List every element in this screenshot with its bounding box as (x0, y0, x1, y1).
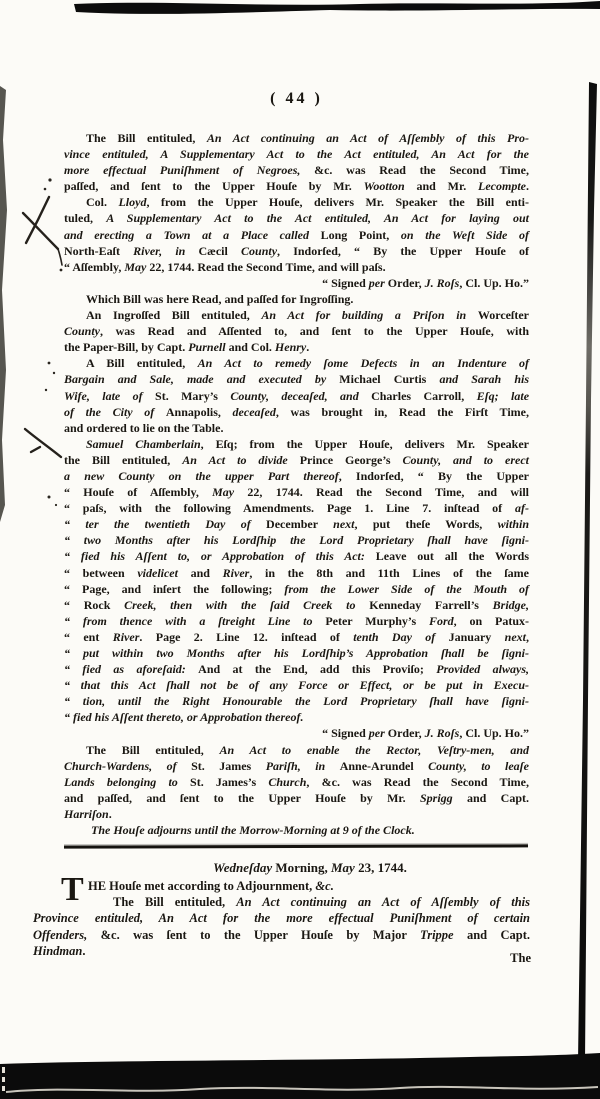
text-segment: and Mr. (405, 179, 478, 193)
text-line: “ Signed per Order, J. Roſs, Cl. Up. Ho.… (64, 275, 529, 291)
text-segment: and ordered to lie on the Table. (64, 421, 223, 435)
text-segment: Pariſh, in (266, 759, 340, 773)
text-segment: and erecting a Town at a Place called (64, 228, 321, 242)
text-line: Offenders, &c. was ſent to the Upper Hou… (33, 927, 530, 943)
text-line: “ Aſſembly, May 22, 1744. Read the Secon… (64, 259, 529, 275)
text-line: The Bill entituled, An Act continuing an… (33, 894, 530, 910)
text-line: “ fied as aforeſaid: And at the End, add… (64, 661, 529, 677)
text-segment: County, deceaſed, and (230, 389, 371, 403)
text-line: HE Houſe met according to Adjournment, &… (33, 878, 530, 894)
text-segment: May (212, 485, 234, 499)
ink-mark-dots (44, 178, 63, 506)
text-segment: River, in (133, 244, 198, 258)
text-line: Samuel Chamberlain, Eſq; from the Upper … (64, 436, 529, 452)
text-segment: “ Signed (322, 726, 369, 740)
left-edge-strip (0, 86, 7, 522)
text-line: Bargain and Sale, made and executed by M… (64, 371, 529, 387)
text-segment: Peter Murphy’s (325, 614, 429, 628)
journal-entries-section: The Bill entituled, An Act continuing an… (64, 130, 529, 838)
text-segment: &c. (315, 879, 333, 893)
text-segment: next (505, 630, 526, 644)
text-segment: , Indorſed, “ By the Upper (339, 469, 529, 483)
text-segment: Wife, late of (64, 389, 155, 403)
text-segment: Samuel Chamberlain (86, 437, 201, 451)
text-segment: “ put within two Months after his Lordſh… (64, 646, 529, 660)
text-line: Harriſon. (64, 806, 529, 822)
text-line: and paſſed, and ſent to the Upper Houſe … (64, 790, 529, 806)
text-segment: . (306, 340, 309, 354)
text-segment: and Sarah his (439, 372, 529, 386)
text-line: The Houſe adjourns until the Morrow-Morn… (64, 822, 529, 838)
text-line: “ fied his Aſſent to, or Approbation of … (64, 548, 529, 564)
text-segment: Col. (86, 195, 118, 209)
text-segment: “ between (64, 566, 137, 580)
text-segment: Ford (429, 614, 454, 628)
text-line: North-Eaſt River, in Cæcil County, Indor… (64, 243, 529, 259)
ink-mark-arrow (25, 429, 61, 457)
text-segment: , Cl. Up. Ho.” (459, 726, 529, 740)
text-segment: Leave out all the Words (376, 549, 529, 563)
text-line: a new County on the upper Part thereof, … (64, 468, 529, 484)
catchword: The (510, 951, 531, 966)
text-line: and erecting a Town at a Place called Lo… (64, 227, 529, 243)
text-segment: “ fied his Aſſent thereto, or Approbatio… (64, 710, 303, 724)
text-segment: County, and to erect (403, 453, 529, 467)
text-segment: within (498, 517, 529, 531)
text-segment: per (369, 276, 385, 290)
text-segment: A Supplementary Act to the Act entituled… (106, 211, 529, 225)
text-segment: , &c. was Read the Second Time, (306, 775, 529, 789)
ink-mark-cross (23, 197, 62, 265)
text-segment: Purnell (188, 340, 225, 354)
text-segment: tenth Day of (353, 630, 448, 644)
text-segment: 22, 1744. Read the Second Time, and will (234, 485, 529, 499)
text-line: County, was Read and Aſſented to, and ſe… (64, 323, 529, 339)
text-segment: per (369, 726, 385, 740)
text-segment: , (526, 630, 529, 644)
text-segment: Annapolis, (166, 405, 233, 419)
bottom-band-white-line (6, 1087, 598, 1092)
text-segment: Offenders, (33, 928, 101, 942)
text-segment: , put theſe Words, (354, 517, 497, 531)
text-segment: J. Roſs (425, 726, 460, 740)
text-line: vince entituled, A Supplementary Act to … (64, 146, 529, 162)
text-line: “ between videlicet and River, in the 8t… (64, 565, 529, 581)
text-segment: Worceſter (478, 308, 529, 322)
text-segment: Anne-Arundel (340, 759, 428, 773)
text-segment: An Act to divide (182, 453, 299, 467)
text-line: Wedneſday Morning, May 23, 1744. (80, 860, 540, 876)
text-segment: Lecompte (478, 179, 526, 193)
text-line: “ tion, until the Right Honourable the L… (64, 693, 529, 709)
text-segment: and Capt. (454, 928, 530, 942)
text-line: “ that this Act ſhall not be of any Forc… (64, 677, 529, 693)
text-segment: Long Point, (321, 228, 401, 242)
text-segment: , Cl. Up. Ho.” (459, 276, 529, 290)
text-line: “ Houſe of Aſſembly, May 22, 1744. Read … (64, 484, 529, 500)
text-segment: Sprigg (420, 791, 453, 805)
text-segment: and Col. (226, 340, 275, 354)
text-segment: 22, 1744. Read the Second Time, and will… (146, 260, 385, 274)
text-segment: “ Rock (64, 598, 124, 612)
text-segment: Henry (275, 340, 306, 354)
text-line: Church-Wardens, of St. James Pariſh, in … (64, 758, 529, 774)
text-segment: Charles Carroll, (371, 389, 477, 403)
text-segment: . (82, 944, 85, 958)
text-segment: The Bill entituled, (86, 131, 207, 145)
text-segment: An Act for building a Priſon in (261, 308, 477, 322)
text-line: The Bill entituled, An Act continuing an… (64, 130, 529, 146)
right-scan-bar (578, 82, 597, 1062)
text-segment: Michael Curtis (339, 372, 439, 386)
text-segment: , from the Upper Houſe, delivers Mr. Spe… (146, 195, 529, 209)
text-segment: J. Roſs (425, 276, 460, 290)
text-segment: , Indorſed, “ By the Upper Houſe of (277, 244, 529, 258)
text-segment: . (109, 807, 112, 821)
text-line: of the City of Annapolis, deceaſed, was … (64, 404, 529, 420)
text-line: “ from thence with a ſtreight Line to Pe… (64, 613, 529, 629)
text-segment: “ fied as aforeſaid: (64, 662, 198, 676)
text-segment: Which Bill was here Read, and paſſed for… (86, 292, 353, 306)
text-segment: vince entituled, A Supplementary Act to … (64, 147, 529, 161)
text-segment: Province entituled, An Act for the more … (33, 911, 530, 925)
text-segment: Provided always, (436, 662, 529, 676)
text-segment: Order, (385, 276, 425, 290)
text-line: “ two Months after his Lordſhip the Lord… (64, 532, 529, 548)
text-segment: videlicet (137, 566, 178, 580)
text-segment: and paſſed, and ſent to the Upper Houſe … (64, 791, 420, 805)
text-segment: the Bill entituled, (64, 453, 182, 467)
bottom-left-ticks (2, 1067, 5, 1091)
text-segment: Prince George’s (300, 453, 403, 467)
text-segment: “ tion, until the Right Honourable the L… (64, 694, 529, 708)
section-divider-rule (64, 844, 528, 848)
text-segment: af- (515, 501, 529, 515)
text-segment: Order, (385, 726, 425, 740)
text-segment: And at the End, add this Proviſo; (198, 662, 436, 676)
text-segment: St. James’s (190, 775, 268, 789)
text-segment: “ fied his Aſſent to, or Approbation of … (64, 549, 376, 563)
text-segment: An Act to enable the Rector, Veſtry-men,… (219, 743, 529, 757)
text-line: paſſed, and ſent to the Upper Houſe by M… (64, 178, 529, 194)
text-segment: St. Mary’s (155, 389, 230, 403)
text-segment: County, to leaſe (428, 759, 529, 773)
text-segment: “ Aſſembly, (64, 260, 124, 274)
text-segment: . (526, 179, 529, 193)
text-line: Lands belonging to St. James’s Church, &… (64, 774, 529, 790)
text-line: “ Page, and inſert the following; from t… (64, 581, 529, 597)
text-segment: River (223, 566, 250, 580)
text-segment: more effectual Puniſhment of Negroes, (64, 163, 314, 177)
text-segment: County (241, 244, 277, 258)
text-segment: River (113, 630, 140, 644)
text-segment: The Houſe adjourns until the Morrow-Morn… (91, 823, 415, 837)
text-segment: 23, 1744. (358, 860, 407, 875)
text-segment: An Act continuing an Act of Aſſembly of … (207, 131, 529, 145)
text-segment: An Act to remedy ſome Defects in an Inde… (198, 356, 529, 370)
text-line: “ paſs, with the following Amendments. P… (64, 500, 529, 516)
text-segment: , Eſq; from the Upper Houſe, delivers Mr… (201, 437, 529, 451)
text-segment: “ from thence with a ſtreight Line to (64, 614, 325, 628)
text-line: “ ter the twentieth Day of December next… (64, 516, 529, 532)
text-line: tuled, A Supplementary Act to the Act en… (64, 210, 529, 226)
text-segment: Lloyd (118, 195, 146, 209)
drop-cap-letter: T (61, 875, 84, 905)
text-segment: May (331, 860, 358, 875)
text-segment: . Page 2. Line 12. inſtead of (139, 630, 353, 644)
text-segment: , was brought in, Read the Firſt Time, (276, 405, 529, 419)
text-line: “ Rock Creek, then with the ſaid Creek t… (64, 597, 529, 613)
text-segment: Cæcil (199, 244, 242, 258)
text-segment: St. James (191, 759, 266, 773)
text-segment: A Bill entituled, (86, 356, 198, 370)
top-scan-bar (74, 1, 600, 14)
text-segment: from the Lower Side of the Mouth of (284, 582, 529, 596)
text-line: “ put within two Months after his Lordſh… (64, 645, 529, 661)
text-segment: “ two Months after his Lordſhip the Lord… (64, 533, 529, 547)
text-segment: Harriſon (64, 807, 109, 821)
text-line: the Bill entituled, An Act to divide Pri… (64, 452, 529, 468)
text-line: and ordered to lie on the Table. (64, 420, 529, 436)
session-dateline: Wedneſday Morning, May 23, 1744. (80, 860, 540, 876)
text-segment: December (266, 517, 333, 531)
text-segment: on the Weſt Side of (401, 228, 529, 242)
text-segment: &c. was Read the Second Time, (314, 163, 529, 177)
page-number: ( 44 ) (64, 90, 529, 108)
text-segment: Wedneſday (213, 860, 275, 875)
text-line: more effectual Puniſhment of Negroes, &c… (64, 162, 529, 178)
text-segment: Kenneday Farrell’s (369, 598, 492, 612)
text-segment: An Ingroſſed Bill entituled, (86, 308, 261, 322)
text-segment: January (449, 630, 505, 644)
text-segment: Hindman (33, 944, 82, 958)
text-line: A Bill entituled, An Act to remedy ſome … (64, 355, 529, 371)
text-segment: “ ter the twentieth Day of (64, 517, 266, 531)
text-segment: Trippe (420, 928, 454, 942)
text-line: “ Signed per Order, J. Roſs, Cl. Up. Ho.… (64, 725, 529, 741)
text-segment: Bridge, (493, 598, 529, 612)
text-line: Province entituled, An Act for the more … (33, 910, 530, 926)
text-segment: County (64, 324, 100, 338)
text-segment: , was Read and Aſſented to, and ſent to … (100, 324, 529, 338)
text-segment: Church (268, 775, 306, 789)
text-segment: the Paper-Bill, by Capt. (64, 340, 188, 354)
text-segment: &c. was ſent to the Upper Houſe by Major (101, 928, 420, 942)
next-session-section: T HE Houſe met according to Adjournment,… (33, 878, 530, 959)
bottom-scan-band (0, 1053, 600, 1099)
text-line: “ fied his Aſſent thereto, or Approbatio… (64, 709, 529, 725)
text-segment: “ paſs, with the following Amendments. P… (64, 501, 515, 515)
text-segment: The Bill entituled, (86, 743, 219, 757)
text-segment: Lands belonging to (64, 775, 190, 789)
text-segment: and (178, 566, 223, 580)
text-segment: North-Eaſt (64, 244, 133, 258)
text-segment: HE Houſe met according to Adjournment, (88, 879, 315, 893)
text-segment: “ Signed (322, 276, 369, 290)
next-session-lines: HE Houſe met according to Adjournment, &… (33, 878, 530, 959)
text-segment: “ ent (64, 630, 113, 644)
text-segment: , in the 8th and 11th Lines of the ſame (249, 566, 529, 580)
text-segment: “ Page, and inſert the following; (64, 582, 284, 596)
text-segment: a new County on the upper Part thereof (64, 469, 339, 483)
text-segment: tuled, (64, 211, 106, 225)
text-line: An Ingroſſed Bill entituled, An Act for … (64, 307, 529, 323)
text-segment: paſſed, and ſent to the Upper Houſe by M… (64, 179, 364, 193)
text-segment: Wootton (364, 179, 405, 193)
text-segment: Creek, then with the ſaid Creek to (124, 598, 369, 612)
text-line: Wife, late of St. Mary’s County, deceaſe… (64, 388, 529, 404)
text-segment: of the City of (64, 405, 166, 419)
text-segment: , on Patux- (454, 614, 529, 628)
text-segment: Eſq; late (477, 389, 529, 403)
text-segment: The Bill entituled, (113, 895, 236, 909)
text-segment: next (333, 517, 354, 531)
text-segment: “ that this Act ſhall not be of any Forc… (64, 678, 529, 692)
text-line: the Paper-Bill, by Capt. Purnell and Col… (64, 339, 529, 355)
text-segment: deceaſed (233, 405, 276, 419)
text-segment: May (124, 260, 146, 274)
text-line: Col. Lloyd, from the Upper Houſe, delive… (64, 194, 529, 210)
text-segment: Church-Wardens, of (64, 759, 191, 773)
text-segment: “ Houſe of Aſſembly, (64, 485, 212, 499)
text-line: “ ent River. Page 2. Line 12. inſtead of… (64, 629, 529, 645)
text-segment: An Act continuing an Act of Aſſembly of … (236, 895, 530, 909)
text-segment: and Capt. (453, 791, 529, 805)
text-line: Hindman. (33, 943, 530, 959)
scanned-document-page: ( 44 ) The Bill entituled, An Act contin… (0, 0, 600, 1099)
text-line: The Bill entituled, An Act to enable the… (64, 742, 529, 758)
text-segment: Bargain and Sale, made and executed by (64, 372, 339, 386)
text-segment: Morning, (275, 860, 331, 875)
text-line: Which Bill was here Read, and paſſed for… (64, 291, 529, 307)
